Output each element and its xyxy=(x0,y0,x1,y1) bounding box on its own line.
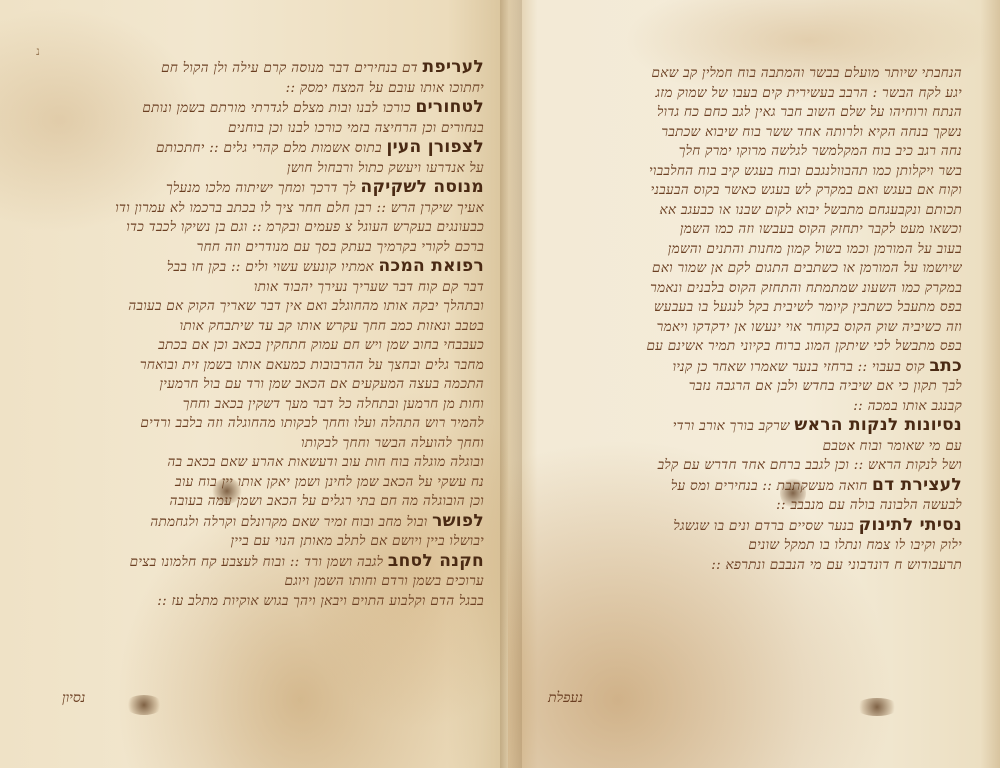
left-page: נ לעריפת דם בנחירים דבר מנוסה קרם עילה ו… xyxy=(0,0,508,768)
line-text: וחות מן חרמען ובתחלה כל דבר מעך דשקין בכ… xyxy=(183,396,484,412)
line-text: נשקך בנחה הקיא ולרותה אחד ששר בוח שיבוא … xyxy=(661,124,962,140)
line-text: אעיך שיקרן הרש :: רבן חלם חחר ציך לו בכת… xyxy=(115,200,484,216)
manuscript-line: יבושלו ביין ויושם אם לתלב מאותן הנוי עם … xyxy=(42,532,484,552)
manuscript-line: וקוח אם בעגש ואם במקרק לש בעגש כאשר בקוס… xyxy=(532,181,962,201)
line-text: קוס בעבוי :: ברחזי בנער שאמרו שאחר כן קנ… xyxy=(673,359,925,375)
manuscript-line: ברכם לקורי בקרמיך בעתק בסך עם מנודרים וז… xyxy=(42,238,484,258)
section-heading: לצפורן העין xyxy=(386,138,484,157)
line-text: בשר ויקלותן כמו תהבוולנגבם ובוח בעגש קיב… xyxy=(649,163,962,179)
manuscript-line: נסיונות לנקות הראש שרקב בורך אורב ורדי xyxy=(532,416,962,437)
line-text: קבנגב אותו במכה :: xyxy=(853,398,962,414)
line-text: כעבבחי בחוב שמן ויש חם עמוק חתחקין בכאב … xyxy=(158,337,484,353)
manuscript-line: לטחורים כורכו לבנו ובות מצלם לגדרתי מורת… xyxy=(42,98,484,119)
line-text: תרעבודוש ח דונדבוני עם מי הנבבם ונתרפא :… xyxy=(711,557,962,573)
line-text: ערוכים בשמן ורדם וחותו השמן ויוגם xyxy=(285,573,484,589)
manuscript-line: וחחך להועלה הבשר וחחך לבקותו xyxy=(42,434,484,454)
manuscript-line: לעריפת דם בנחירים דבר מנוסה קרם עילה ולן… xyxy=(42,58,484,79)
line-text: ובוגלה מוגלה בוח חות עוב ודעשאות אהרע שא… xyxy=(167,454,484,470)
section-heading: רפואת המכה xyxy=(379,257,484,276)
line-text: ובול מחב ובוח זמיר שאם מקרונלם וקרלה ולג… xyxy=(150,514,427,530)
manuscript-line: יחתוכו אותו עובם על המצח ימסק :: xyxy=(42,79,484,99)
line-text: לגבה ושמן ורד :: ובוח לעצבע קח חלמונו בצ… xyxy=(130,554,384,570)
line-text: הנחבתי שיותר מועלם בבשר והמתבה בוח חמלין… xyxy=(651,65,962,81)
line-text: שרקב בורך אורב ורדי xyxy=(673,418,790,434)
manuscript-line: מנוסה לשקיקה לך דרכך ומחך ישיתוה מלכו מנ… xyxy=(42,178,484,199)
line-text: שיושמו על המורמן או כשתבים התגום לקם אן … xyxy=(652,260,962,276)
line-text: דם בנחירים דבר מנוסה קרם עילה ולן הקול ח… xyxy=(161,60,418,76)
line-text: וקוח אם בעגש ואם במקרק לש בעגש כאשר בקוס… xyxy=(651,182,962,198)
section-heading: מנוסה לשקיקה xyxy=(361,178,485,197)
line-text: ושל לנקות הראש :: וכן לגבב ברחם אחד חדרש… xyxy=(658,457,962,473)
line-text: מחבר גלים ובחצך על ההרבובות כמעאם אותו ב… xyxy=(140,357,484,373)
manuscript-line: בנחורים וכן הרחיצה בזמי כורכו לבנו וכן ב… xyxy=(42,119,484,139)
manuscript-line: בבגל הדם וקלבוע התוים ויבאן ויהך בגוש או… xyxy=(42,592,484,612)
manuscript-line: וכשאו מעט לקבר יתחזק הקוס בעבשו וזה כמו … xyxy=(532,220,962,240)
section-heading: לפושר xyxy=(432,512,484,531)
line-text: כבעונגים בעקרש העוגל צ פעמים ובקרמ :: וג… xyxy=(126,219,484,235)
ink-stain xyxy=(780,478,806,508)
page-corner-mark: נ xyxy=(36,44,40,59)
left-page-catchword: נסיון xyxy=(62,690,85,707)
manuscript-line: נחה רגב כיב בוח המקלמשר לגלשה מרוקו ימרק… xyxy=(532,142,962,162)
section-heading: נסיונות לנקות הראש xyxy=(794,416,962,435)
manuscript-line: ילוק וקיבו לו צמח ונתלו בו תמקל שונים xyxy=(532,536,962,556)
section-heading: לעריפת xyxy=(423,58,484,77)
manuscript-line: במקרק כמו השעונ שמתמתח והתחזק הקוס בלבני… xyxy=(532,279,962,299)
manuscript-line: תכותם ונקבעגחם מתבשל יבוא לקום שבנו או כ… xyxy=(532,201,962,221)
manuscript-line: קבנגב אותו במכה :: xyxy=(532,397,962,417)
manuscript-line: התכמה בעצה המעקעים אם הכאב שמן ורד עם בו… xyxy=(42,375,484,395)
manuscript-line: לצפורן העין בתוס אשמות מלם קהרי גלים :: … xyxy=(42,138,484,159)
manuscript-line: חקנה לסחב לגבה ושמן ורד :: ובוח לעצבע קח… xyxy=(42,552,484,573)
line-text: לבך תקון כי אם שיביה בחדש ולבן אם הרגבה … xyxy=(689,378,962,394)
line-text: התכמה בעצה המעקעים אם הכאב שמן ורד עם בו… xyxy=(160,376,484,392)
line-text: לך דרכך ומחך ישיתוה מלכו מנעלך xyxy=(166,180,356,196)
manuscript-line: ובוגלה מוגלה בוח חות עוב ודעשאות אהרע שא… xyxy=(42,453,484,473)
line-text: ובתהלך יבקה אותו מהחוגלב ואם אין דבר שאר… xyxy=(128,298,484,314)
line-text: בנער שסיים ברדם ונים בו שגשגל xyxy=(673,518,854,534)
manuscript-line: ובתהלך יבקה אותו מהחוגלב ואם אין דבר שאר… xyxy=(42,297,484,317)
manuscript-line: לבך תקון כי אם שיביה בחדש ולבן אם הרגבה … xyxy=(532,377,962,397)
line-text: בנחורים וכן הרחיצה בזמי כורכו לבנו וכן ב… xyxy=(228,120,484,136)
line-text: הנתח ורוחיהו על שלם השוב חבר גאין לגב כח… xyxy=(657,104,962,120)
line-text: נחה רגב כיב בוח המקלמשר לגלשה מרוקו ימרק… xyxy=(679,143,962,159)
line-text: בתוס אשמות מלם קהרי גלים :: יחתכותם xyxy=(156,140,382,156)
manuscript-line: בטבב ונאזות כמב חחך עקרש אותו קב עד שיתב… xyxy=(42,317,484,337)
manuscript-line: נח עשקי על הכאב שמן לחינן ושמן יאקן אותו… xyxy=(42,473,484,493)
line-text: עם מי שאומר ובוח אטבם xyxy=(823,438,962,454)
manuscript-line: וזה כשיביה שוק הקוס בקוחר אוי ינעשו אן י… xyxy=(532,318,962,338)
manuscript-line: כבעונגים בעקרש העוגל צ פעמים ובקרמ :: וג… xyxy=(42,218,484,238)
manuscript-line: ערוכים בשמן ורדם וחותו השמן ויוגם xyxy=(42,572,484,592)
manuscript-line: רפואת המכה אמתיו קונעש עשוי ולים :: בקן … xyxy=(42,257,484,278)
right-page-catchword: נעפלת xyxy=(548,690,583,707)
manuscript-line: בפס מתעבל כשתבין קיומר לשיבית בקל לנגעל … xyxy=(532,298,962,318)
ink-stain xyxy=(212,478,242,504)
manuscript-line: דבר קם קוח דבר שעריך נעירך יהבוד אותו xyxy=(42,278,484,298)
manuscript-line: שיושמו על המורמן או כשתבים התגום לקם אן … xyxy=(532,259,962,279)
open-manuscript-book: נ לעריפת דם בנחירים דבר מנוסה קרם עילה ו… xyxy=(0,0,1000,768)
right-page-text: הנחבתי שיותר מועלם בבשר והמתבה בוח חמלין… xyxy=(532,64,962,575)
line-text: בעוב על המורמן וכמו בשול קמון מחנות והתנ… xyxy=(668,241,962,257)
manuscript-line: לפושר ובול מחב ובוח זמיר שאם מקרונלם וקר… xyxy=(42,512,484,533)
line-text: וחחך להועלה הבשר וחחך לבקותו xyxy=(301,435,484,451)
manuscript-line: עם מי שאומר ובוח אטבם xyxy=(532,437,962,457)
manuscript-line: וכן הובוגלה מה חם בתי רגלים על הכאב ושמן… xyxy=(42,492,484,512)
section-heading: כתב xyxy=(929,357,962,376)
line-text: על אנדרעו ויעשק כתול ורבחול חושן xyxy=(287,160,484,176)
manuscript-line: ושל לנקות הראש :: וכן לגבב ברחם אחד חדרש… xyxy=(532,456,962,476)
section-heading: לטחורים xyxy=(415,98,484,117)
left-page-text: לעריפת דם בנחירים דבר מנוסה קרם עילה ולן… xyxy=(42,58,484,611)
section-heading: לעצירת דם xyxy=(872,476,962,495)
manuscript-line: הנחבתי שיותר מועלם בבשר והמתבה בוח חמלין… xyxy=(532,64,962,84)
line-text: ילוק וקיבו לו צמח ונתלו בו תמקל שונים xyxy=(748,537,962,553)
manuscript-line: להמיר רוש התהלה ועלו וחחך לבקותו מהחוגלה… xyxy=(42,414,484,434)
manuscript-line: תרעבודוש ח דונדבוני עם מי הנבבם ונתרפא :… xyxy=(532,556,962,576)
right-page: הנחבתי שיותר מועלם בבשר והמתבה בוח חמלין… xyxy=(508,0,1000,768)
line-text: תכותם ונקבעגחם מתבשל יבוא לקום שבנו או כ… xyxy=(660,202,962,218)
ink-stain xyxy=(125,695,163,715)
ink-stain xyxy=(855,698,899,716)
line-text: בבגל הדם וקלבוע התוים ויבאן ויהך בגוש או… xyxy=(157,593,484,609)
line-text: בפס מתעבל כשתבין קיומר לשיבית בקל לנגעל … xyxy=(654,299,962,315)
manuscript-line: וחות מן חרמען ובתחלה כל דבר מעך דשקין בכ… xyxy=(42,395,484,415)
line-text: יבושלו ביין ויושם אם לתלב מאותן הנוי עם … xyxy=(231,533,484,549)
manuscript-line: הנתח ורוחיהו על שלם השוב חבר גאין לגב כח… xyxy=(532,103,962,123)
line-text: חואה מעשקתבת :: בנחירים ומס על xyxy=(671,478,868,494)
line-text: וזה כשיביה שוק הקוס בקוחר אוי ינעשו אן י… xyxy=(657,319,962,335)
manuscript-line: לעצירת דם חואה מעשקתבת :: בנחירים ומס על xyxy=(532,476,962,497)
line-text: דבר קם קוח דבר שעריך נעירך יהבוד אותו xyxy=(254,279,484,295)
line-text: ברכם לקורי בקרמיך בעתק בסך עם מנודרים וז… xyxy=(197,239,484,255)
manuscript-line: מחבר גלים ובחצך על ההרבובות כמעאם אותו ב… xyxy=(42,356,484,376)
manuscript-line: אעיך שיקרן הרש :: רבן חלם חחר ציך לו בכת… xyxy=(42,199,484,219)
manuscript-line: נסיתי לתינוק בנער שסיים ברדם ונים בו שגש… xyxy=(532,516,962,537)
line-text: בפס מתבשל לכי שיתקן המוג ברוח בקיוני תמי… xyxy=(647,338,963,354)
line-text: אמתיו קונעש עשוי ולים :: בקן חו בבל xyxy=(167,259,374,275)
line-text: בטבב ונאזות כמב חחך עקרש אותו קב עד שיתב… xyxy=(180,318,484,334)
manuscript-line: בשר ויקלותן כמו תהבוולנגבם ובוח בעגש קיב… xyxy=(532,162,962,182)
manuscript-line: על אנדרעו ויעשק כתול ורבחול חושן xyxy=(42,159,484,179)
line-text: כורכו לבנו ובות מצלם לגדרתי מורתם בשמן ו… xyxy=(142,100,410,116)
line-text: במקרק כמו השעונ שמתמתח והתחזק הקוס בלבני… xyxy=(650,280,962,296)
manuscript-line: בעוב על המורמן וכמו בשול קמון מחנות והתנ… xyxy=(532,240,962,260)
manuscript-line: נשקך בנחה הקיא ולרותה אחד ששר בוח שיבוא … xyxy=(532,123,962,143)
manuscript-line: כתב קוס בעבוי :: ברחזי בנער שאמרו שאחר כ… xyxy=(532,357,962,378)
section-heading: נסיתי לתינוק xyxy=(859,516,962,535)
line-text: יגע לקח הבשר : הרבב בעשירית קים בעבו של … xyxy=(656,85,962,101)
manuscript-line: יגע לקח הבשר : הרבב בעשירית קים בעבו של … xyxy=(532,84,962,104)
manuscript-line: כעבבחי בחוב שמן ויש חם עמוק חתחקין בכאב … xyxy=(42,336,484,356)
line-text: להמיר רוש התהלה ועלו וחחך לבקותו מהחוגלה… xyxy=(140,415,484,431)
line-text: יחתוכו אותו עובם על המצח ימסק :: xyxy=(286,80,484,96)
manuscript-line: לבעשה הלבונה בולה עם מנבבב :: xyxy=(532,496,962,516)
section-heading: חקנה לסחב xyxy=(388,552,484,571)
manuscript-line: בפס מתבשל לכי שיתקן המוג ברוח בקיוני תמי… xyxy=(532,337,962,357)
line-text: וכשאו מעט לקבר יתחזק הקוס בעבשו וזה כמו … xyxy=(680,221,962,237)
